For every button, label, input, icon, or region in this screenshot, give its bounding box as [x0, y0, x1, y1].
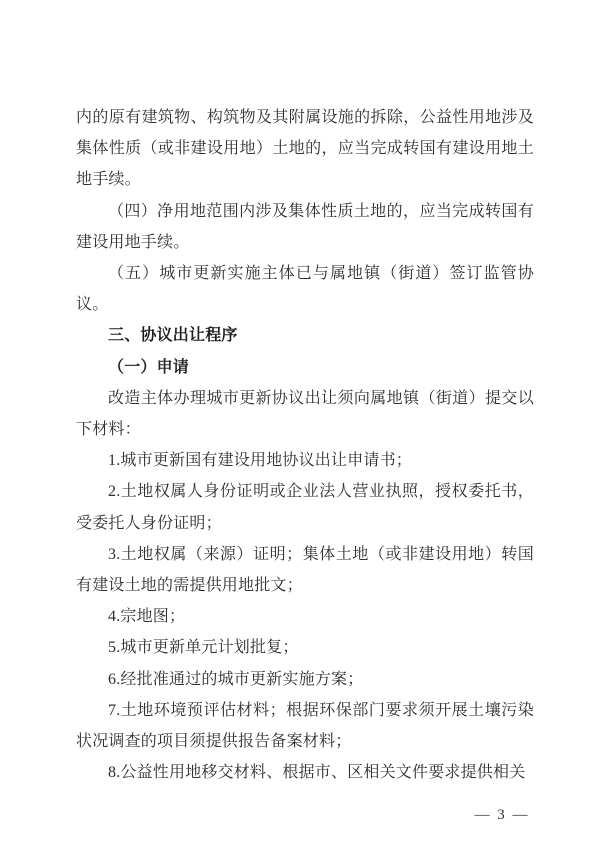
list-item-1: 1.城市更新国有建设用地协议出让申请书；	[76, 445, 534, 476]
list-item-6: 6.经批准通过的城市更新实施方案；	[76, 664, 534, 695]
list-item-8: 8.公益性用地移交材料、根据市、区相关文件要求提供相关	[76, 757, 534, 788]
paragraph-continuation: 内的原有建筑物、构筑物及其附属设施的拆除，公益性用地涉及集体性质（或非建设用地）…	[76, 102, 534, 196]
document-body: 内的原有建筑物、构筑物及其附属设施的拆除，公益性用地涉及集体性质（或非建设用地）…	[76, 102, 534, 788]
document-page: 内的原有建筑物、构筑物及其附属设施的拆除，公益性用地涉及集体性质（或非建设用地）…	[0, 0, 600, 849]
page-number: — 3 —	[462, 804, 542, 826]
list-item-7: 7.土地环境预评估材料；根据环保部门要求须开展土壤污染状况调查的项目须提供报告备…	[76, 695, 534, 757]
paragraph-item-four: （四）净用地范围内涉及集体性质土地的，应当完成转国有建设用地手续。	[76, 196, 534, 258]
list-item-5: 5.城市更新单元计划批复；	[76, 632, 534, 663]
section-heading: 三、协议出让程序	[76, 320, 534, 351]
subsection-heading: （一）申请	[76, 352, 534, 383]
list-item-2: 2.土地权属人身份证明或企业法人营业执照，授权委托书，受委托人身份证明；	[76, 476, 534, 538]
paragraph-item-five: （五）城市更新实施主体已与属地镇（街道）签订监管协议。	[76, 258, 534, 320]
list-item-4: 4.宗地图；	[76, 601, 534, 632]
paragraph-intro: 改造主体办理城市更新协议出让须向属地镇（街道）提交以下材料：	[76, 383, 534, 445]
list-item-3: 3.土地权属（来源）证明；集体土地（或非建设用地）转国有建设土地的需提供用地批文…	[76, 539, 534, 601]
